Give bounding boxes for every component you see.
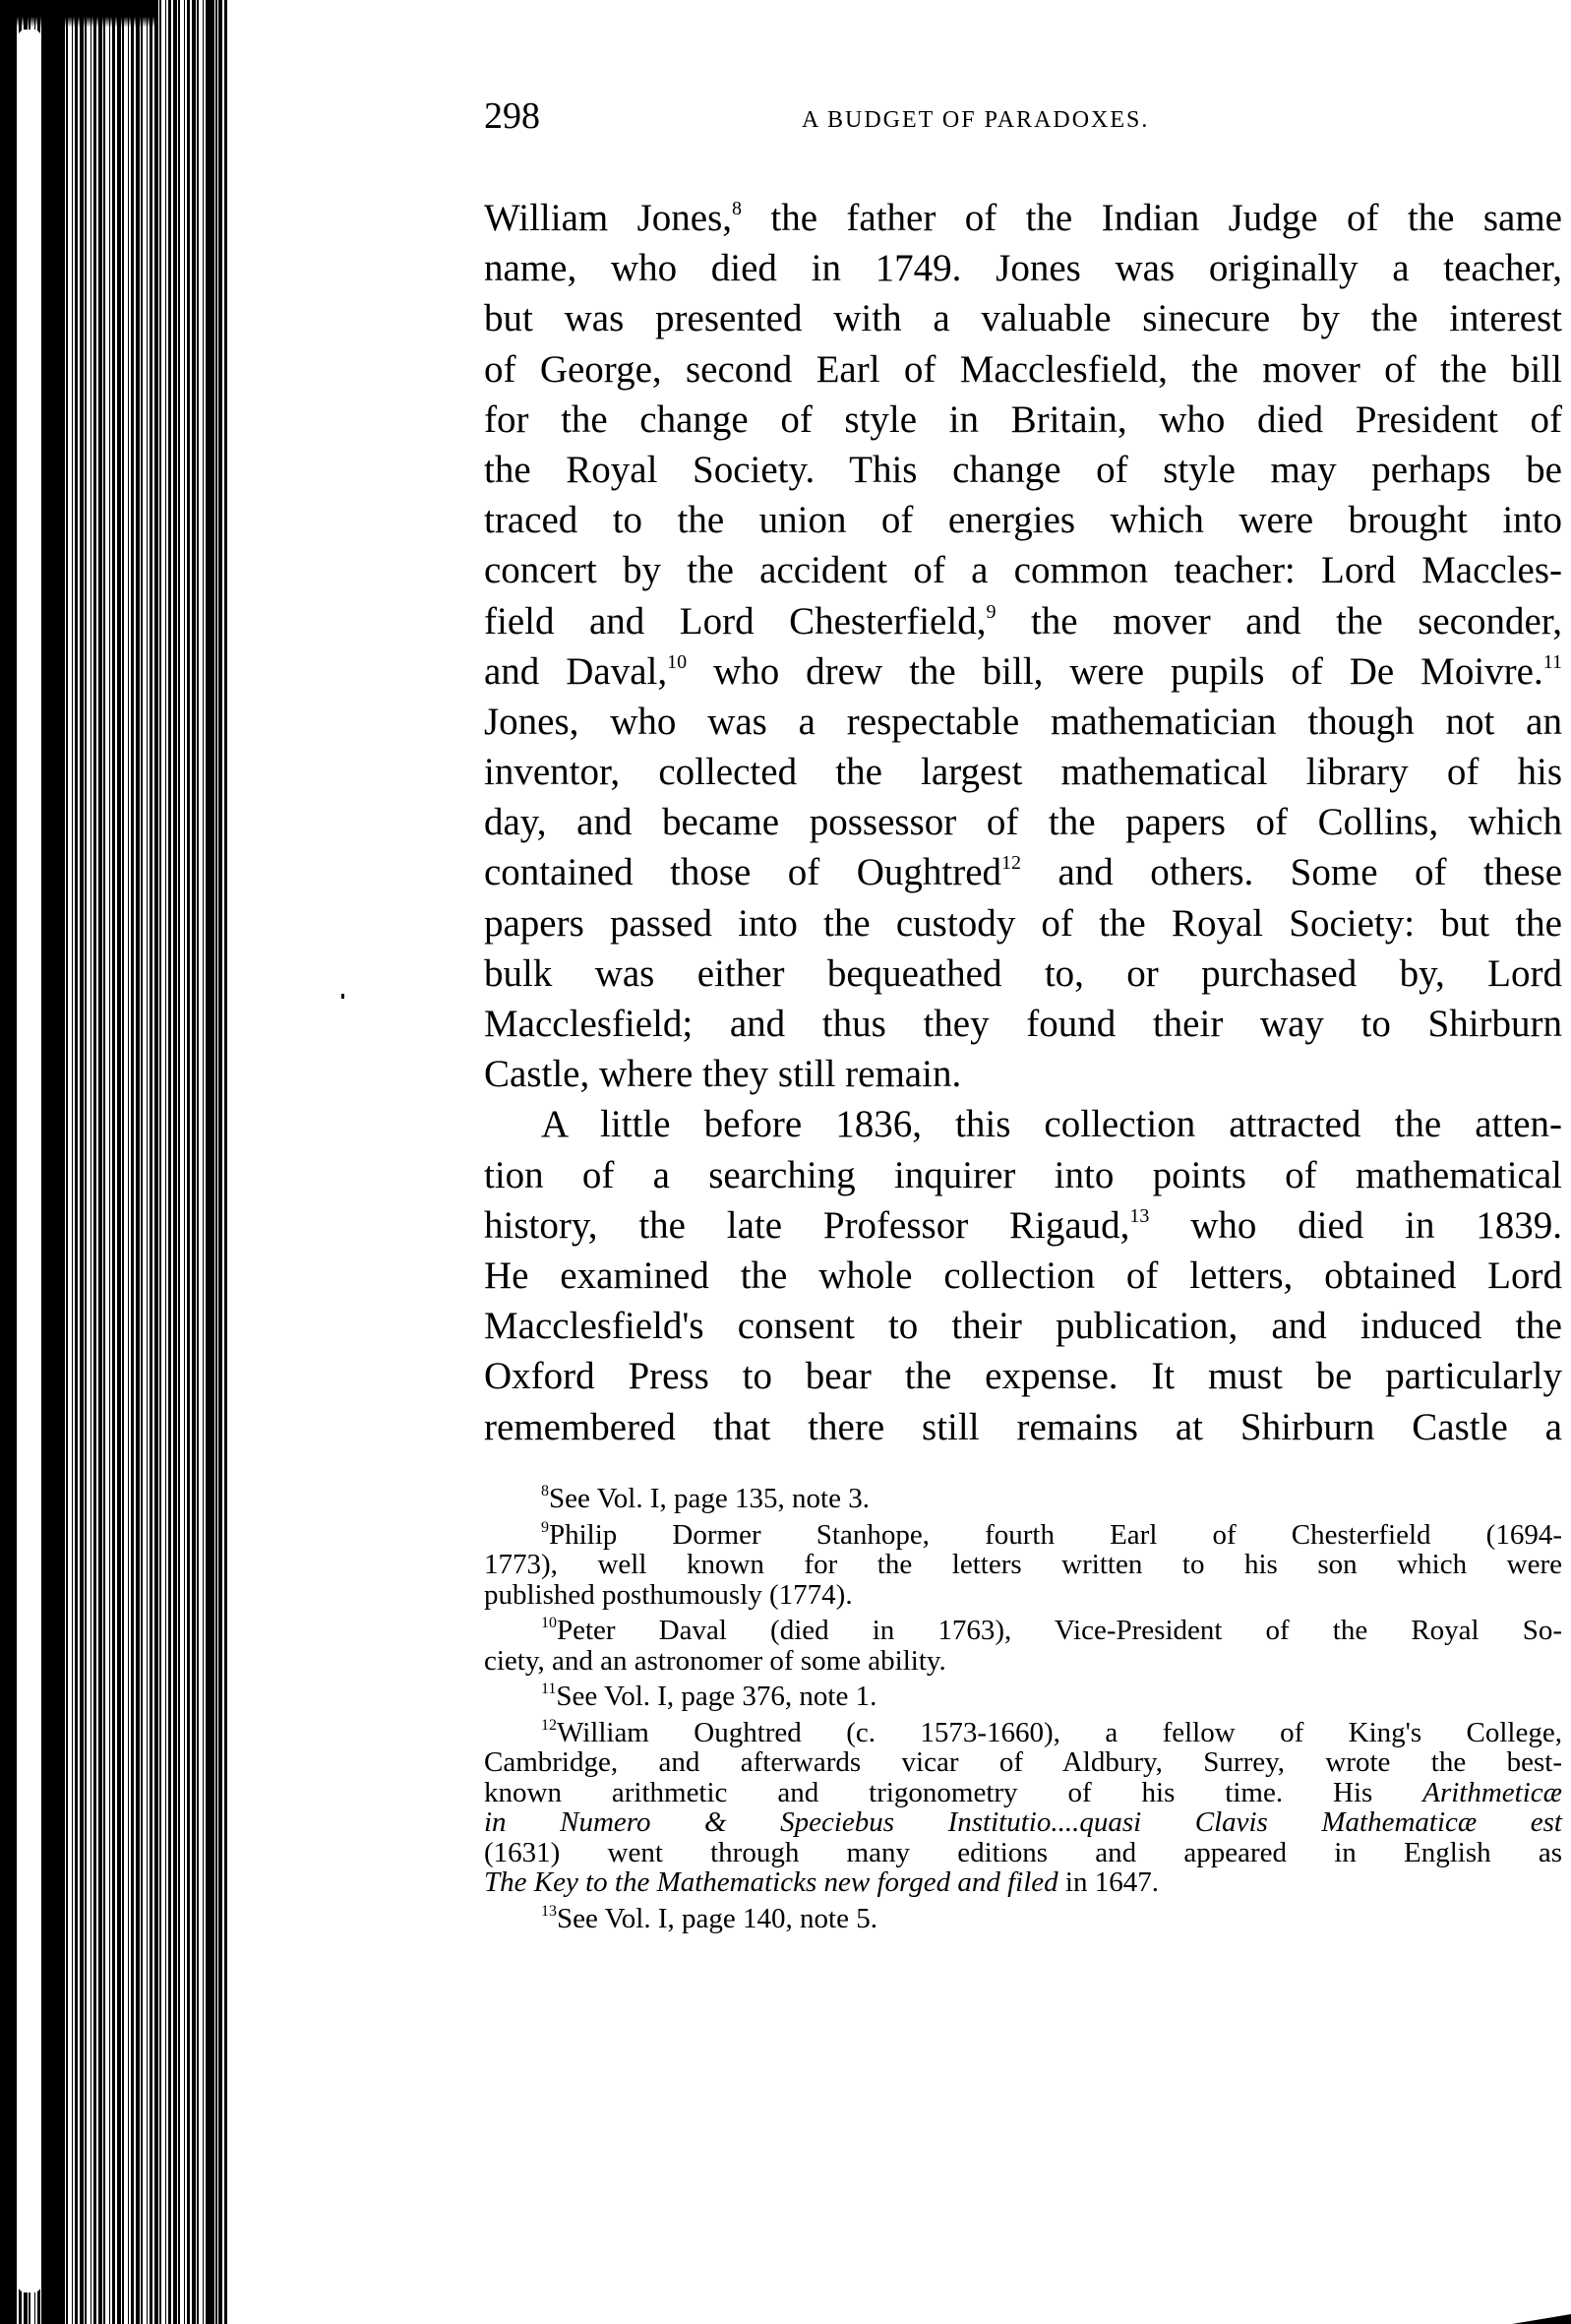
text-line: William Jones,8 the father of the Indian…: [484, 193, 1562, 243]
text-line: tion of a searching inquirer into points…: [484, 1150, 1562, 1200]
footnote-12: 12William Oughtred (c. 1573-1660), a fel…: [484, 1718, 1562, 1898]
page-number: 298: [484, 94, 540, 138]
running-head: A BUDGET OF PARADOXES.: [802, 102, 1149, 138]
text-line: and Daval,10 who drew the bill, were pup…: [484, 646, 1562, 697]
footnote-ref: 9: [986, 601, 996, 623]
text-line: history, the late Professor Rigaud,13 wh…: [484, 1200, 1562, 1251]
book-title-italic: The Key to the Mathematicks new forged a…: [484, 1866, 1058, 1898]
footnote-11: 11See Vol. I, page 376, note 1.: [484, 1682, 1562, 1712]
text-line: contained those of Oughtred12 and others…: [484, 847, 1562, 897]
footnotes: 8See Vol. I, page 135, note 3. 9Philip D…: [484, 1484, 1562, 1939]
page-header: 298 A BUDGET OF PARADOXES.: [484, 94, 1562, 138]
binding-edge-line: [218, 0, 221, 2324]
scan-speck: [341, 994, 344, 999]
footnote-ref: 13: [1129, 1205, 1149, 1227]
footnote-number: 11: [541, 1681, 556, 1697]
body-text: William Jones,8 the father of the Indian…: [484, 193, 1562, 1452]
book-title-italic: Arithmeticæ: [1422, 1777, 1562, 1808]
text-line: Oxford Press to bear the expense. It mus…: [484, 1351, 1562, 1401]
text-line: Jones, who was a respectable mathematici…: [484, 697, 1562, 747]
footnote-13: 13See Vol. I, page 140, note 5.: [484, 1904, 1562, 1934]
binding-edge-dark: [0, 0, 16, 2324]
book-binding: [0, 0, 228, 2324]
footnote-8: 8See Vol. I, page 135, note 3.: [484, 1484, 1562, 1514]
footnote-number: 12: [541, 1717, 557, 1734]
text-line: of George, second Earl of Macclesfield, …: [484, 344, 1562, 395]
footnote-number: 13: [541, 1903, 557, 1920]
footnote-9: 9Philip Dormer Stanhope, fourth Earl of …: [484, 1520, 1562, 1611]
footnote-number: 10: [541, 1615, 557, 1631]
text-line: field and Lord Chesterfield,9 the mover …: [484, 596, 1562, 646]
text-line: but was presented with a valuable sinecu…: [484, 293, 1562, 343]
text-line: bulk was either bequeathed to, or purcha…: [484, 948, 1562, 999]
binding-edge-light: [18, 30, 41, 2293]
text-line: the Royal Society. This change of style …: [484, 445, 1562, 495]
text-line: He examined the whole collection of lett…: [484, 1251, 1562, 1301]
footnote-ref: 10: [667, 651, 687, 673]
text-line: papers passed into the custody of the Ro…: [484, 898, 1562, 948]
footnote-ref: 12: [1001, 852, 1021, 874]
footnote-ref: 8: [732, 198, 742, 219]
text-line: remembered that there still remains at S…: [484, 1402, 1562, 1452]
page-corner-shadow: [1512, 2314, 1571, 2324]
text-line: traced to the union of energies which we…: [484, 495, 1562, 545]
binding-top-shadow: [0, 0, 157, 28]
text-line: inventor, collected the largest mathemat…: [484, 747, 1562, 797]
text-line: Castle, where they still remain.: [484, 1049, 1562, 1099]
footnote-10: 10Peter Daval (died in 1763), Vice-Presi…: [484, 1616, 1562, 1676]
book-title-italic: in Numero & Speciebus Institutio....quas…: [484, 1807, 1562, 1838]
footnote-number: 9: [541, 1519, 549, 1536]
text-line: concert by the accident of a common teac…: [484, 545, 1562, 595]
footnote-number: 8: [541, 1483, 549, 1499]
text-line: Macclesfield's consent to their publicat…: [484, 1301, 1562, 1351]
text-line: Macclesfield; and thus they found their …: [484, 999, 1562, 1049]
footnote-ref: 11: [1543, 651, 1562, 673]
binding-edge-dark: [41, 0, 63, 2324]
text-line: name, who died in 1749. Jones was origin…: [484, 243, 1562, 293]
text-line: day, and became possessor of the papers …: [484, 797, 1562, 847]
binding-edge-line: [209, 0, 211, 2324]
text-line-paragraph-start: A little before 1836, this collection at…: [484, 1099, 1562, 1149]
text-line: for the change of style in Britain, who …: [484, 395, 1562, 445]
